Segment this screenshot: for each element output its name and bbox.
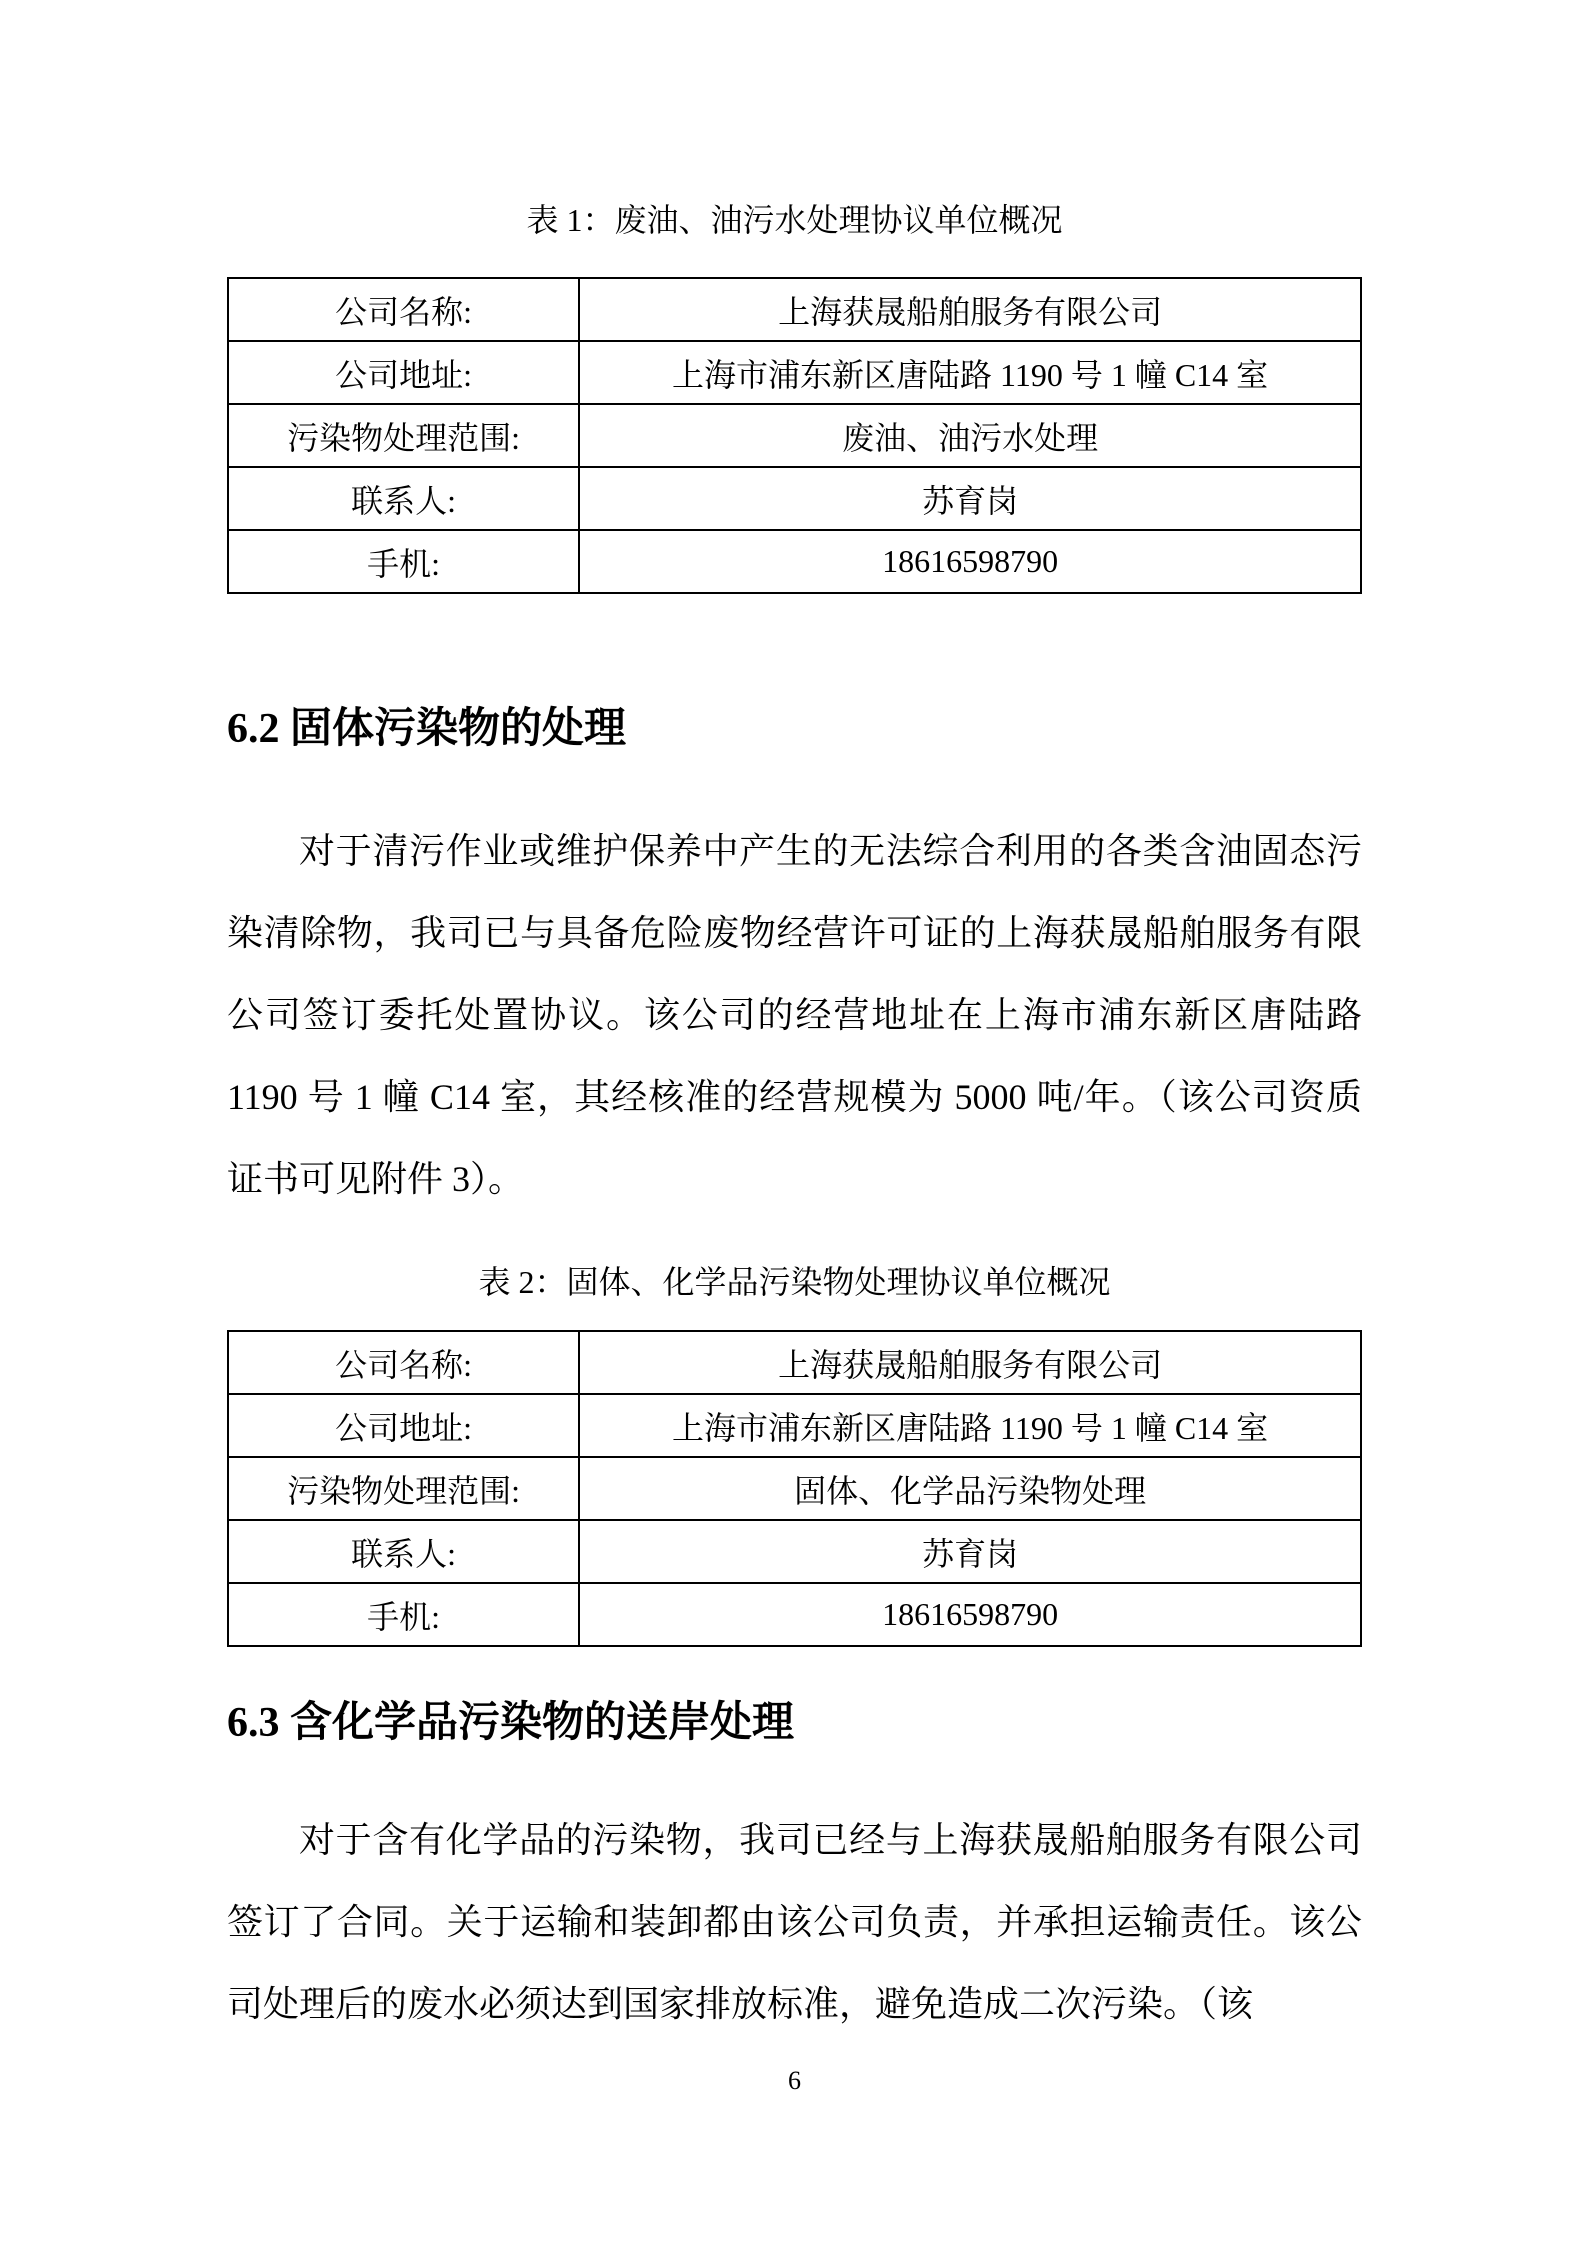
table-2-title: 表 2：固体、化学品污染物处理协议单位概况	[227, 1264, 1362, 1300]
row-label: 公司名称:	[228, 278, 579, 341]
row-label: 污染物处理范围:	[228, 404, 579, 467]
table-1: 公司名称: 上海获晟船舶服务有限公司 公司地址: 上海市浦东新区唐陆路 1190…	[227, 277, 1362, 594]
section-heading-6-2: 6.2 固体污染物的处理	[227, 706, 1362, 752]
table-row: 公司地址: 上海市浦东新区唐陆路 1190 号 1 幢 C14 室	[228, 1394, 1361, 1457]
row-value: 苏育岗	[579, 1520, 1361, 1583]
row-value: 上海市浦东新区唐陆路 1190 号 1 幢 C14 室	[579, 1394, 1361, 1457]
table-row: 公司名称: 上海获晟船舶服务有限公司	[228, 278, 1361, 341]
row-value: 上海获晟船舶服务有限公司	[579, 278, 1361, 341]
table-row: 联系人: 苏育岗	[228, 1520, 1361, 1583]
section-6-3-paragraph: 对于含有化学品的污染物，我司已经与上海获晟船舶服务有限公司签订了合同。关于运输和…	[227, 1799, 1362, 2045]
row-value: 固体、化学品污染物处理	[579, 1457, 1361, 1520]
table-row: 联系人: 苏育岗	[228, 467, 1361, 530]
page-number: 6	[227, 2067, 1362, 2095]
row-label: 手机:	[228, 1583, 579, 1646]
table-row: 公司名称: 上海获晟船舶服务有限公司	[228, 1331, 1361, 1394]
table-1-title: 表 1：废油、油污水处理协议单位概况	[227, 0, 1362, 238]
row-label: 污染物处理范围:	[228, 1457, 579, 1520]
table-row: 污染物处理范围: 废油、油污水处理	[228, 404, 1361, 467]
row-label: 联系人:	[228, 1520, 579, 1583]
row-value: 18616598790	[579, 530, 1361, 593]
section-6-2-paragraph: 对于清污作业或维护保养中产生的无法综合利用的各类含油固态污染清除物，我司已与具备…	[227, 810, 1362, 1220]
row-value: 上海市浦东新区唐陆路 1190 号 1 幢 C14 室	[579, 341, 1361, 404]
row-label: 手机:	[228, 530, 579, 593]
row-label: 公司地址:	[228, 1394, 579, 1457]
row-value: 上海获晟船舶服务有限公司	[579, 1331, 1361, 1394]
row-value: 废油、油污水处理	[579, 404, 1361, 467]
section-heading-6-3: 6.3 含化学品污染物的送岸处理	[227, 1700, 1362, 1746]
table-2: 公司名称: 上海获晟船舶服务有限公司 公司地址: 上海市浦东新区唐陆路 1190…	[227, 1330, 1362, 1647]
table-row: 公司地址: 上海市浦东新区唐陆路 1190 号 1 幢 C14 室	[228, 341, 1361, 404]
row-label: 公司地址:	[228, 341, 579, 404]
page-content: 表 1：废油、油污水处理协议单位概况 公司名称: 上海获晟船舶服务有限公司 公司…	[227, 0, 1362, 2095]
table-row: 手机: 18616598790	[228, 530, 1361, 593]
row-value: 18616598790	[579, 1583, 1361, 1646]
row-label: 联系人:	[228, 467, 579, 530]
row-value: 苏育岗	[579, 467, 1361, 530]
document-page: 表 1：废油、油污水处理协议单位概况 公司名称: 上海获晟船舶服务有限公司 公司…	[0, 0, 1587, 2245]
table-row: 手机: 18616598790	[228, 1583, 1361, 1646]
table-row: 污染物处理范围: 固体、化学品污染物处理	[228, 1457, 1361, 1520]
row-label: 公司名称:	[228, 1331, 579, 1394]
